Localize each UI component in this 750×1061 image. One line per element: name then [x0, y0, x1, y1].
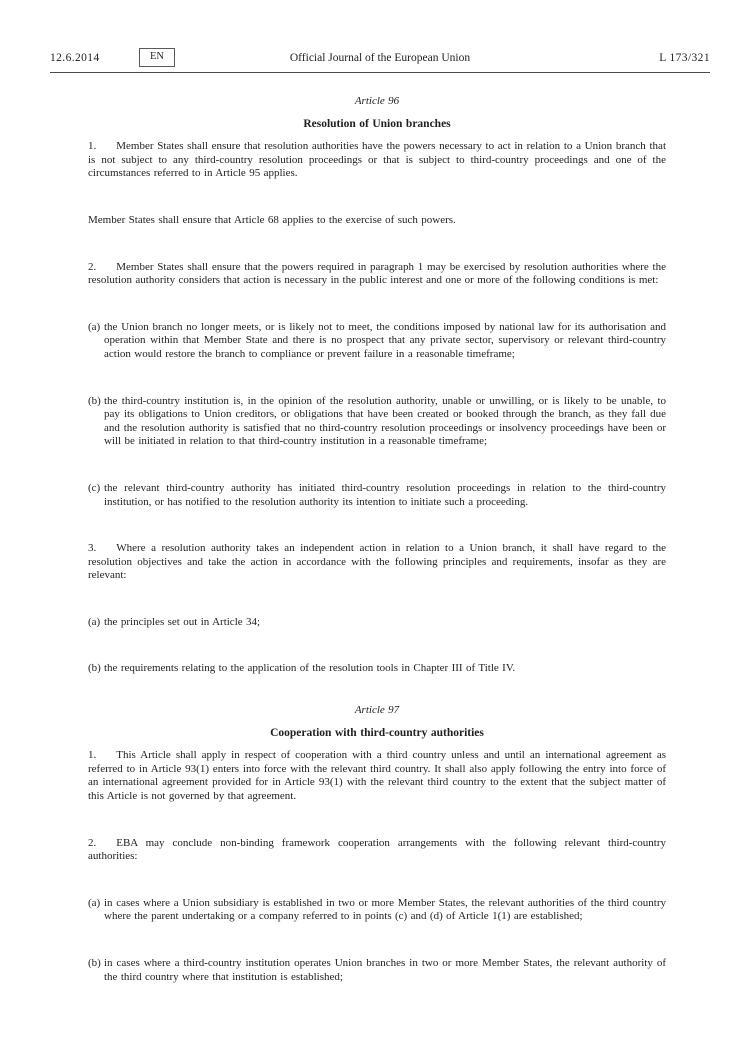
- article-section: Article 96Resolution of Union branches1.…: [88, 95, 666, 676]
- article-number: Article 96: [88, 95, 666, 109]
- list-item: (c)the relevant third-country authority …: [88, 482, 666, 509]
- paragraph-number: 1.: [88, 140, 96, 154]
- list-item: (b)the third-country institution is, in …: [88, 395, 666, 449]
- journal-title: Official Journal of the European Union: [50, 51, 710, 65]
- article-title: Cooperation with third-country authoriti…: [88, 727, 666, 741]
- paragraph-number: 2.: [88, 261, 96, 275]
- list-item-text: in cases where a third-country instituti…: [104, 957, 666, 983]
- list-item-marker: (a): [88, 897, 100, 911]
- list-item-text: the Union branch no longer meets, or is …: [104, 321, 666, 360]
- paragraph-text: This Article shall apply in respect of c…: [88, 749, 666, 802]
- list-item-text: the principles set out in Article 34;: [104, 616, 260, 628]
- paragraph: 2.EBA may conclude non-binding framework…: [88, 837, 666, 864]
- list-item-marker: (a): [88, 616, 100, 630]
- page-header: 12.6.2014 EN Official Journal of the Eur…: [50, 51, 710, 67]
- page-reference: L 173/321: [659, 51, 710, 65]
- paragraph: 1.This Article shall apply in respect of…: [88, 749, 666, 803]
- list-item-marker: (b): [88, 395, 101, 409]
- article-title: Resolution of Union branches: [88, 118, 666, 132]
- list-item: (b)in cases where a third-country instit…: [88, 957, 666, 984]
- paragraph-text: Where a resolution authority takes an in…: [88, 542, 666, 581]
- document-body: Article 96Resolution of Union branches1.…: [88, 95, 666, 984]
- paragraph: 1.Member States shall ensure that resolu…: [88, 140, 666, 181]
- list-item: (a)the Union branch no longer meets, or …: [88, 321, 666, 362]
- paragraph-text: Member States shall ensure that the powe…: [88, 261, 666, 287]
- paragraph-text: Member States shall ensure that Article …: [88, 214, 456, 226]
- list-item: (a)in cases where a Union subsidiary is …: [88, 897, 666, 924]
- article-section: Article 97Cooperation with third-country…: [88, 704, 666, 984]
- list-item-text: the requirements relating to the applica…: [104, 662, 515, 674]
- paragraph-number: 1.: [88, 749, 96, 763]
- paragraph: Member States shall ensure that Article …: [88, 214, 666, 228]
- list-item-text: the third-country institution is, in the…: [104, 395, 666, 448]
- paragraph: 2.Member States shall ensure that the po…: [88, 261, 666, 288]
- paragraph-number: 2.: [88, 837, 96, 851]
- paragraph-text: EBA may conclude non-binding framework c…: [88, 837, 666, 863]
- list-item-text: in cases where a Union subsidiary is est…: [104, 897, 666, 923]
- list-item-marker: (b): [88, 662, 101, 676]
- list-item-marker: (a): [88, 321, 100, 335]
- list-item-text: the relevant third-country authority has…: [104, 482, 666, 508]
- list-item: (a)the principles set out in Article 34;: [88, 616, 666, 630]
- journal-page: 12.6.2014 EN Official Journal of the Eur…: [0, 0, 750, 1061]
- header-rule: [50, 72, 710, 73]
- article-number: Article 97: [88, 704, 666, 718]
- paragraph-number: 3.: [88, 542, 96, 556]
- list-item-marker: (c): [88, 482, 100, 496]
- paragraph: 3.Where a resolution authority takes an …: [88, 542, 666, 583]
- list-item-marker: (b): [88, 957, 101, 971]
- paragraph-text: Member States shall ensure that resoluti…: [88, 140, 666, 179]
- list-item: (b)the requirements relating to the appl…: [88, 662, 666, 676]
